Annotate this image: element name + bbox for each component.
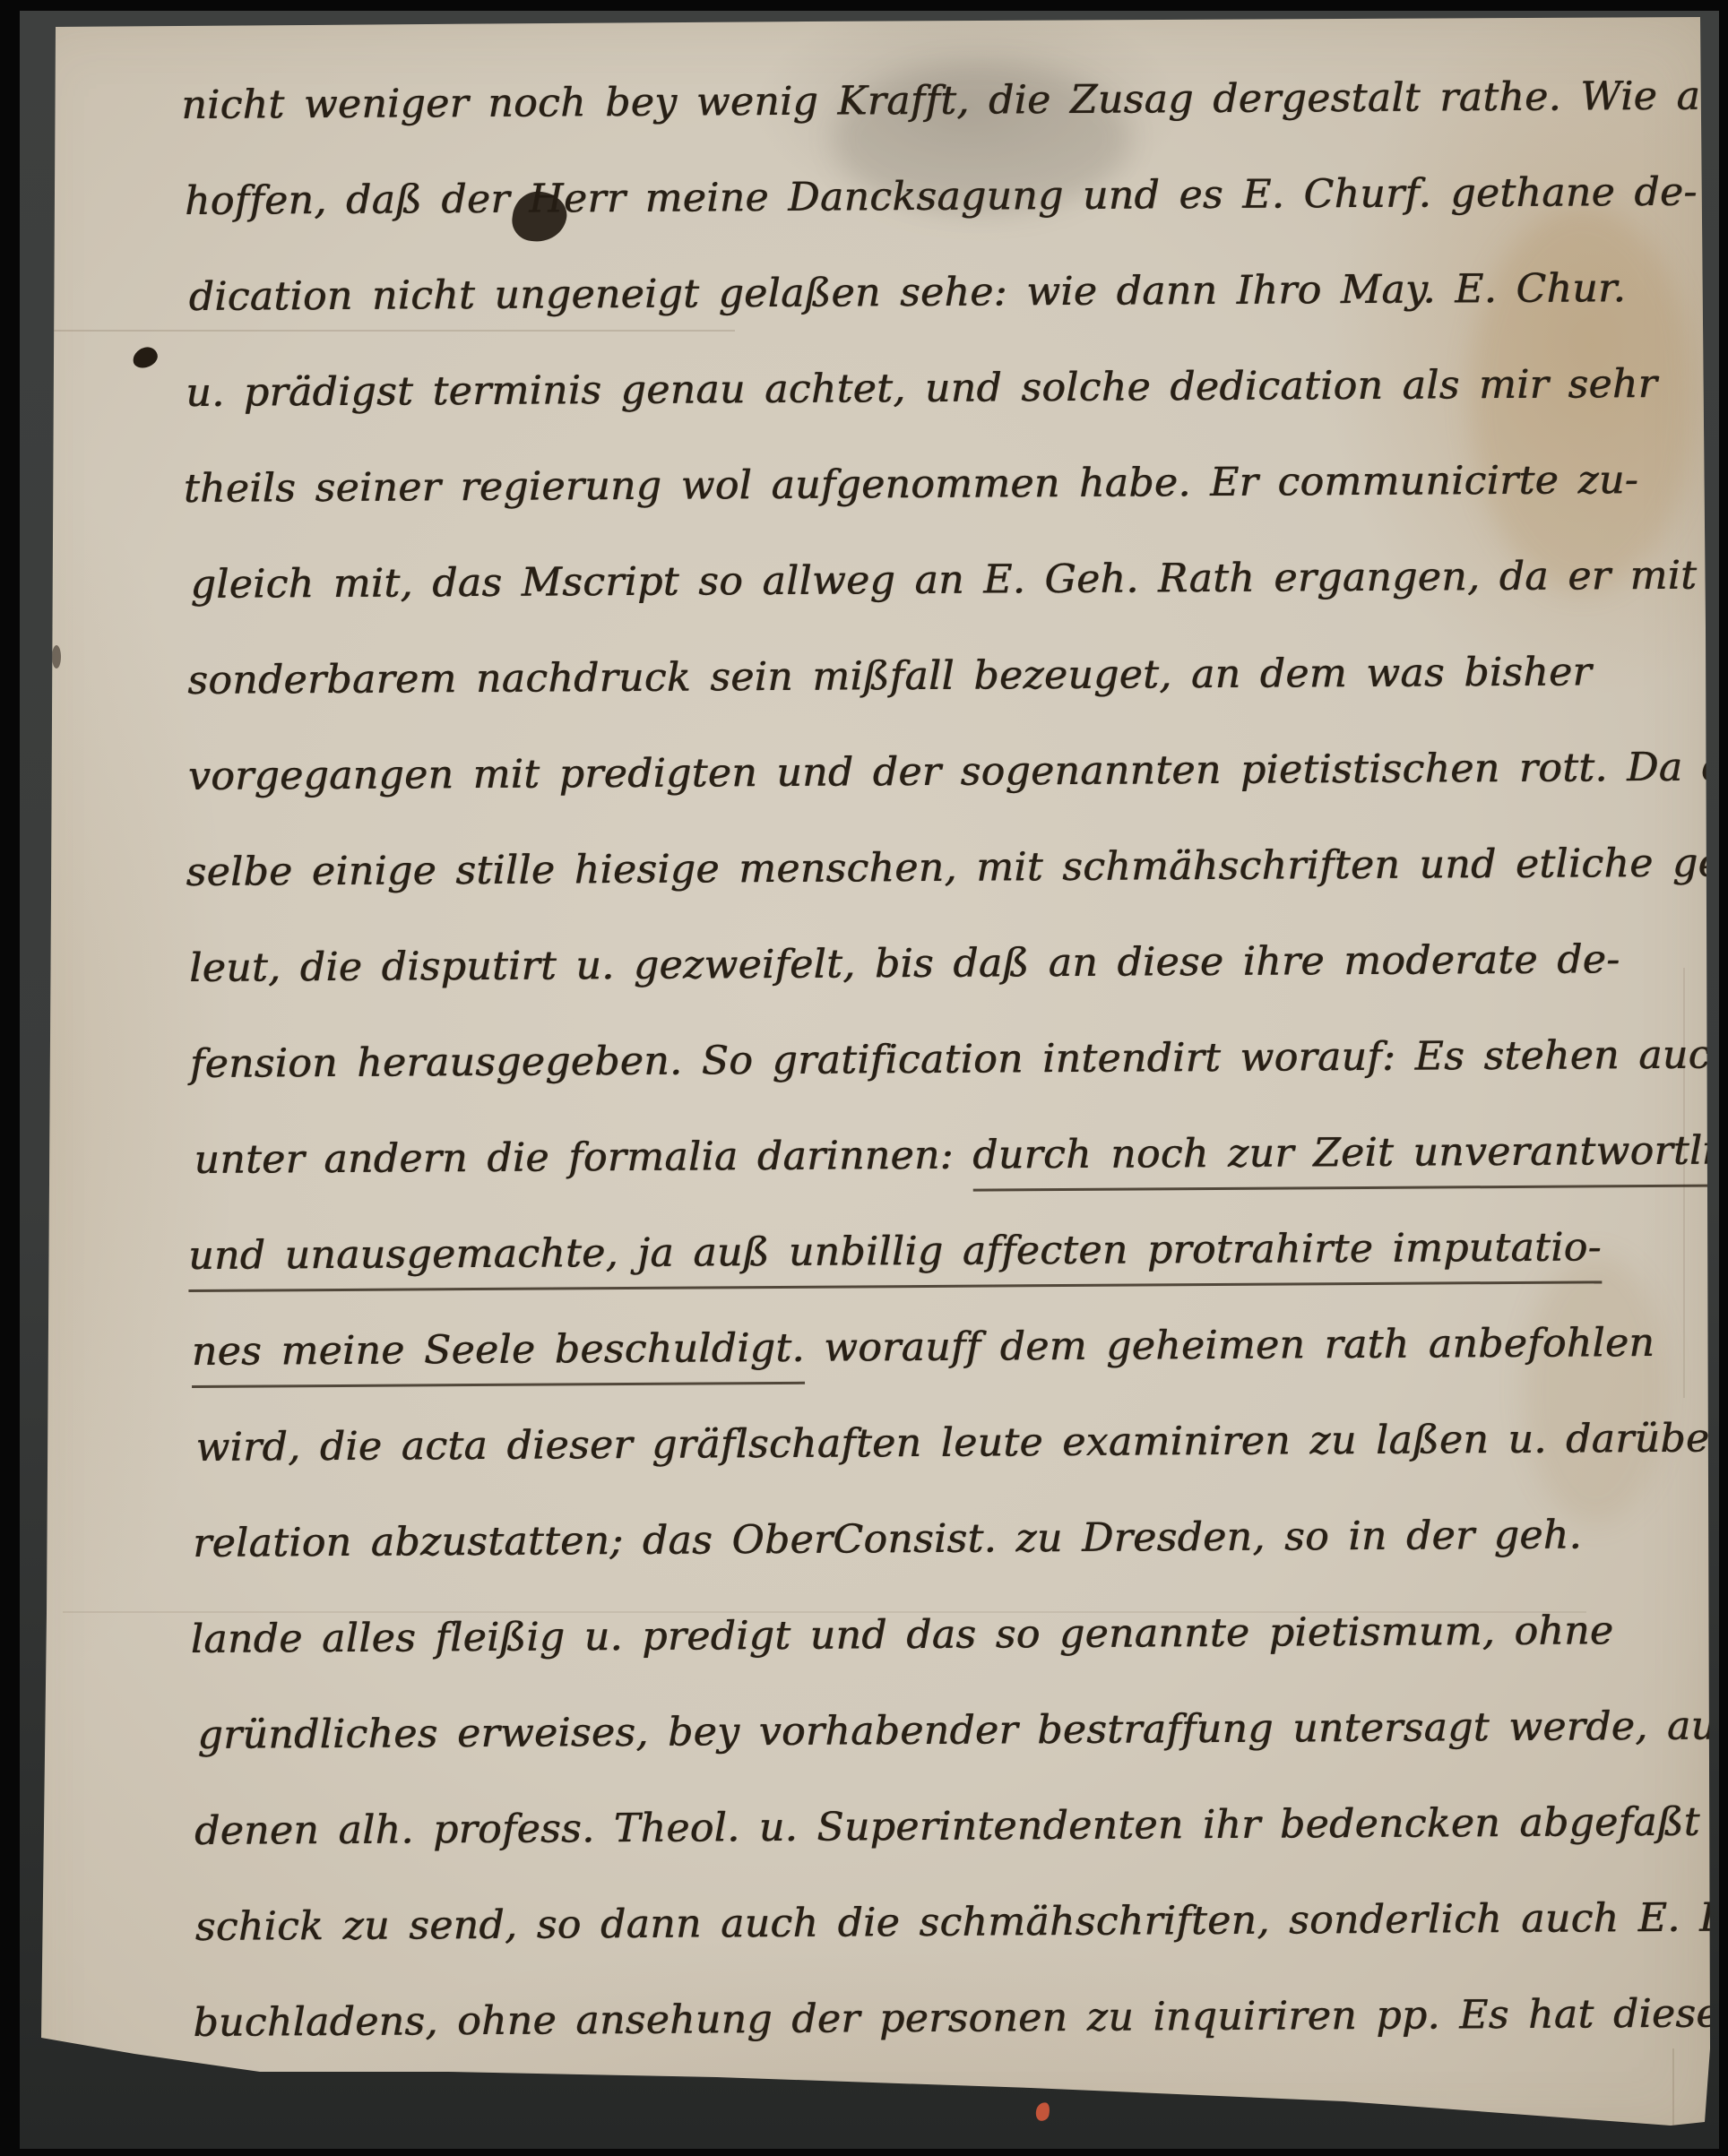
manuscript-line: relation abzustatten; das OberConsist. z… [193, 1487, 1722, 1591]
manuscript-line: nicht weniger noch bey wenig Krafft, die… [181, 48, 1710, 153]
manuscript-line: theils seiner regierung wol aufgenommen … [184, 432, 1713, 537]
line-text: hoffen, daß der Herr meine Dancksagung u… [185, 169, 1698, 224]
manuscript-line: vorgegangen mit predigten und der sogena… [188, 720, 1717, 824]
underlined-phrase: und unausgemachte, ja auß unbillig affec… [188, 1224, 1602, 1292]
manuscript-line: gleich mit, das Mscript so allweg an E. … [190, 528, 1719, 633]
line-text: selbe einige stille hiesige menschen, mi… [186, 840, 1728, 895]
manuscript-line: hoffen, daß der Herr meine Dancksagung u… [185, 144, 1714, 249]
line-text: dication nicht ungeneigt gelaßen sehe: w… [188, 265, 1626, 320]
manuscript-line: sonderbarem nachdruck sein mißfall bezeu… [187, 624, 1716, 729]
line-text: wird, die acta dieser gräflschaften leut… [195, 1415, 1728, 1470]
line-text: leut, die disputirt u. gezweifelt, bis d… [189, 936, 1620, 991]
left-edge-smudge [52, 645, 61, 668]
manuscript-line: u. prädigst terminis genau achtet, und s… [186, 336, 1715, 441]
line-text: fension herausgegeben. So gratification … [190, 1031, 1728, 1087]
manuscript-line: leut, die disputirt u. gezweifelt, bis d… [189, 911, 1718, 1016]
manuscript-line: und unausgemachte, ja auß unbillig affec… [188, 1199, 1717, 1304]
line-text: sonderbarem nachdruck sein mißfall bezeu… [187, 649, 1592, 703]
manuscript-line: nes meine Seele beschuldigt. worauff dem… [191, 1295, 1720, 1400]
line-text: gründliches erweises, bey vorhabender be… [197, 1703, 1728, 1758]
manuscript-line: wird, die acta dieser gräflschaften leut… [195, 1391, 1724, 1496]
line-text: denen alh. profess. Theol. u. Superinten… [194, 1798, 1728, 1854]
line-text: theils seiner regierung wol aufgenommen … [184, 457, 1638, 512]
scan-background: nicht weniger noch bey wenig Krafft, die… [0, 0, 1728, 2156]
manuscript-line: schick zu send, so dann auch die schmähs… [194, 1870, 1724, 1975]
manuscript-page: nicht weniger noch bey wenig Krafft, die… [0, 0, 1728, 2156]
ink-blot [131, 345, 160, 370]
line-text: relation abzustatten; das OberConsist. z… [193, 1513, 1582, 1566]
manuscript-line: buchladens, ohne ansehung der personen z… [193, 1966, 1722, 2071]
manuscript-line: fension herausgegeben. So gratification … [190, 1007, 1719, 1112]
line-text: unter andern die formalia darinnen: [194, 1133, 972, 1183]
line-text: worauff dem geheimen rath anbefohlen [805, 1320, 1655, 1371]
line-text: vorgegangen mit predigten und der sogena… [188, 744, 1728, 799]
underlined-phrase: nes meine Seele beschuldigt. [192, 1325, 805, 1388]
line-text: nicht weniger noch bey wenig Krafft, die… [181, 73, 1728, 128]
manuscript-line: dication nicht ungeneigt gelaßen sehe: w… [188, 240, 1717, 345]
line-text: u. prädigst terminis genau achtet, und s… [186, 361, 1657, 416]
line-text: gleich mit, das Mscript so allweg an E. … [190, 553, 1697, 608]
manuscript-line: denen alh. profess. Theol. u. Superinten… [194, 1774, 1724, 1879]
manuscript-line: unter andern die formalia darinnen: durc… [194, 1103, 1723, 1208]
line-text: lande alles fleißig u. predigt und das s… [191, 1608, 1614, 1662]
line-text: buchladens, ohne ansehung der personen z… [193, 1989, 1728, 2046]
line-text: schick zu send, so dann auch die schmähs… [195, 1893, 1728, 1950]
manuscript-text: nicht weniger noch bey wenig Krafft, die… [184, 48, 1724, 2071]
manuscript-line: selbe einige stille hiesige menschen, mi… [186, 815, 1715, 920]
manuscript-line: gründliches erweises, bey vorhabender be… [197, 1678, 1726, 1783]
underlined-phrase: durch noch zur Zeit unverantwortliche [972, 1127, 1728, 1192]
manuscript-line: lande alles fleißig u. predigt und das s… [190, 1583, 1719, 1687]
